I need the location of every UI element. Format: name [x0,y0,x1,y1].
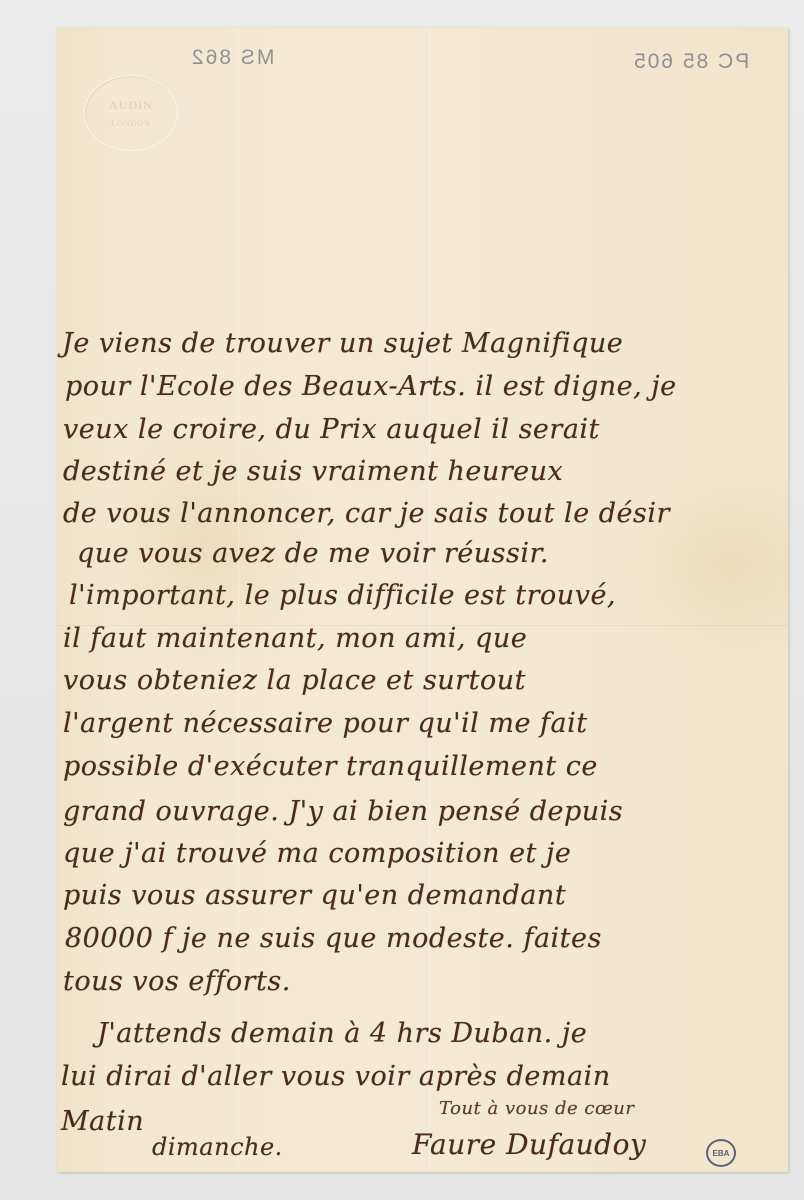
letter-line: destiné et je suis vraiment heureux [63,456,563,487]
letter-line: 80000 f je ne suis que modeste. faites [65,923,602,954]
closing-salutation: Tout à vous de cœur [439,1098,634,1119]
letter-line: que j'ai trouvé ma composition et je [63,838,571,869]
letter-line: pour l'Ecole des Beaux-Arts. il est dign… [65,371,677,402]
closing-matin: Matin [61,1106,144,1137]
signature: Faure Dufaudoy [412,1128,646,1161]
letter-line: lui dirai d'aller vous voir après demain [61,1061,611,1092]
scan-background: AUDIN LONDON MS 862 PC 85 605 Je viens d… [0,0,804,1200]
pencil-catalog-number: PC 85 605 [632,50,749,74]
seal-text: AUDIN [109,98,153,113]
letter-line: de vous l'annoncer, car je sais tout le … [63,498,670,529]
letter-line: Je viens de trouver un sujet Magnifique [62,328,623,359]
letter-line: l'argent nécessaire pour qu'il me fait [63,708,588,739]
letter-line: il faut maintenant, mon ami, que [63,623,527,654]
letter-line: puis vous assurer qu'en demandant [63,880,566,911]
letter-line: vous obteniez la place et surtout [63,665,526,696]
letter-line: tous vos efforts. [63,966,291,997]
library-stamp: EBA [706,1139,736,1167]
pencil-shelfmark: MS 862 [190,46,274,70]
letter-line: possible d'exécuter tranquillement ce [63,751,598,782]
closing-dimanche: dimanche. [152,1133,283,1161]
letter-line: grand ouvrage. J'y ai bien pensé depuis [63,796,623,827]
letter-line: que vous avez de me voir réussir. [77,538,549,569]
letter-sheet: AUDIN LONDON MS 862 PC 85 605 Je viens d… [57,28,788,1172]
seal-subtext: LONDON [111,119,151,128]
letter-line: veux le croire, du Prix auquel il serait [63,414,600,445]
letter-line: J'attends demain à 4 hrs Duban. je [97,1018,587,1049]
letter-line: l'important, le plus difficile est trouv… [69,580,616,611]
embossed-stationer-seal: AUDIN LONDON [84,75,178,151]
